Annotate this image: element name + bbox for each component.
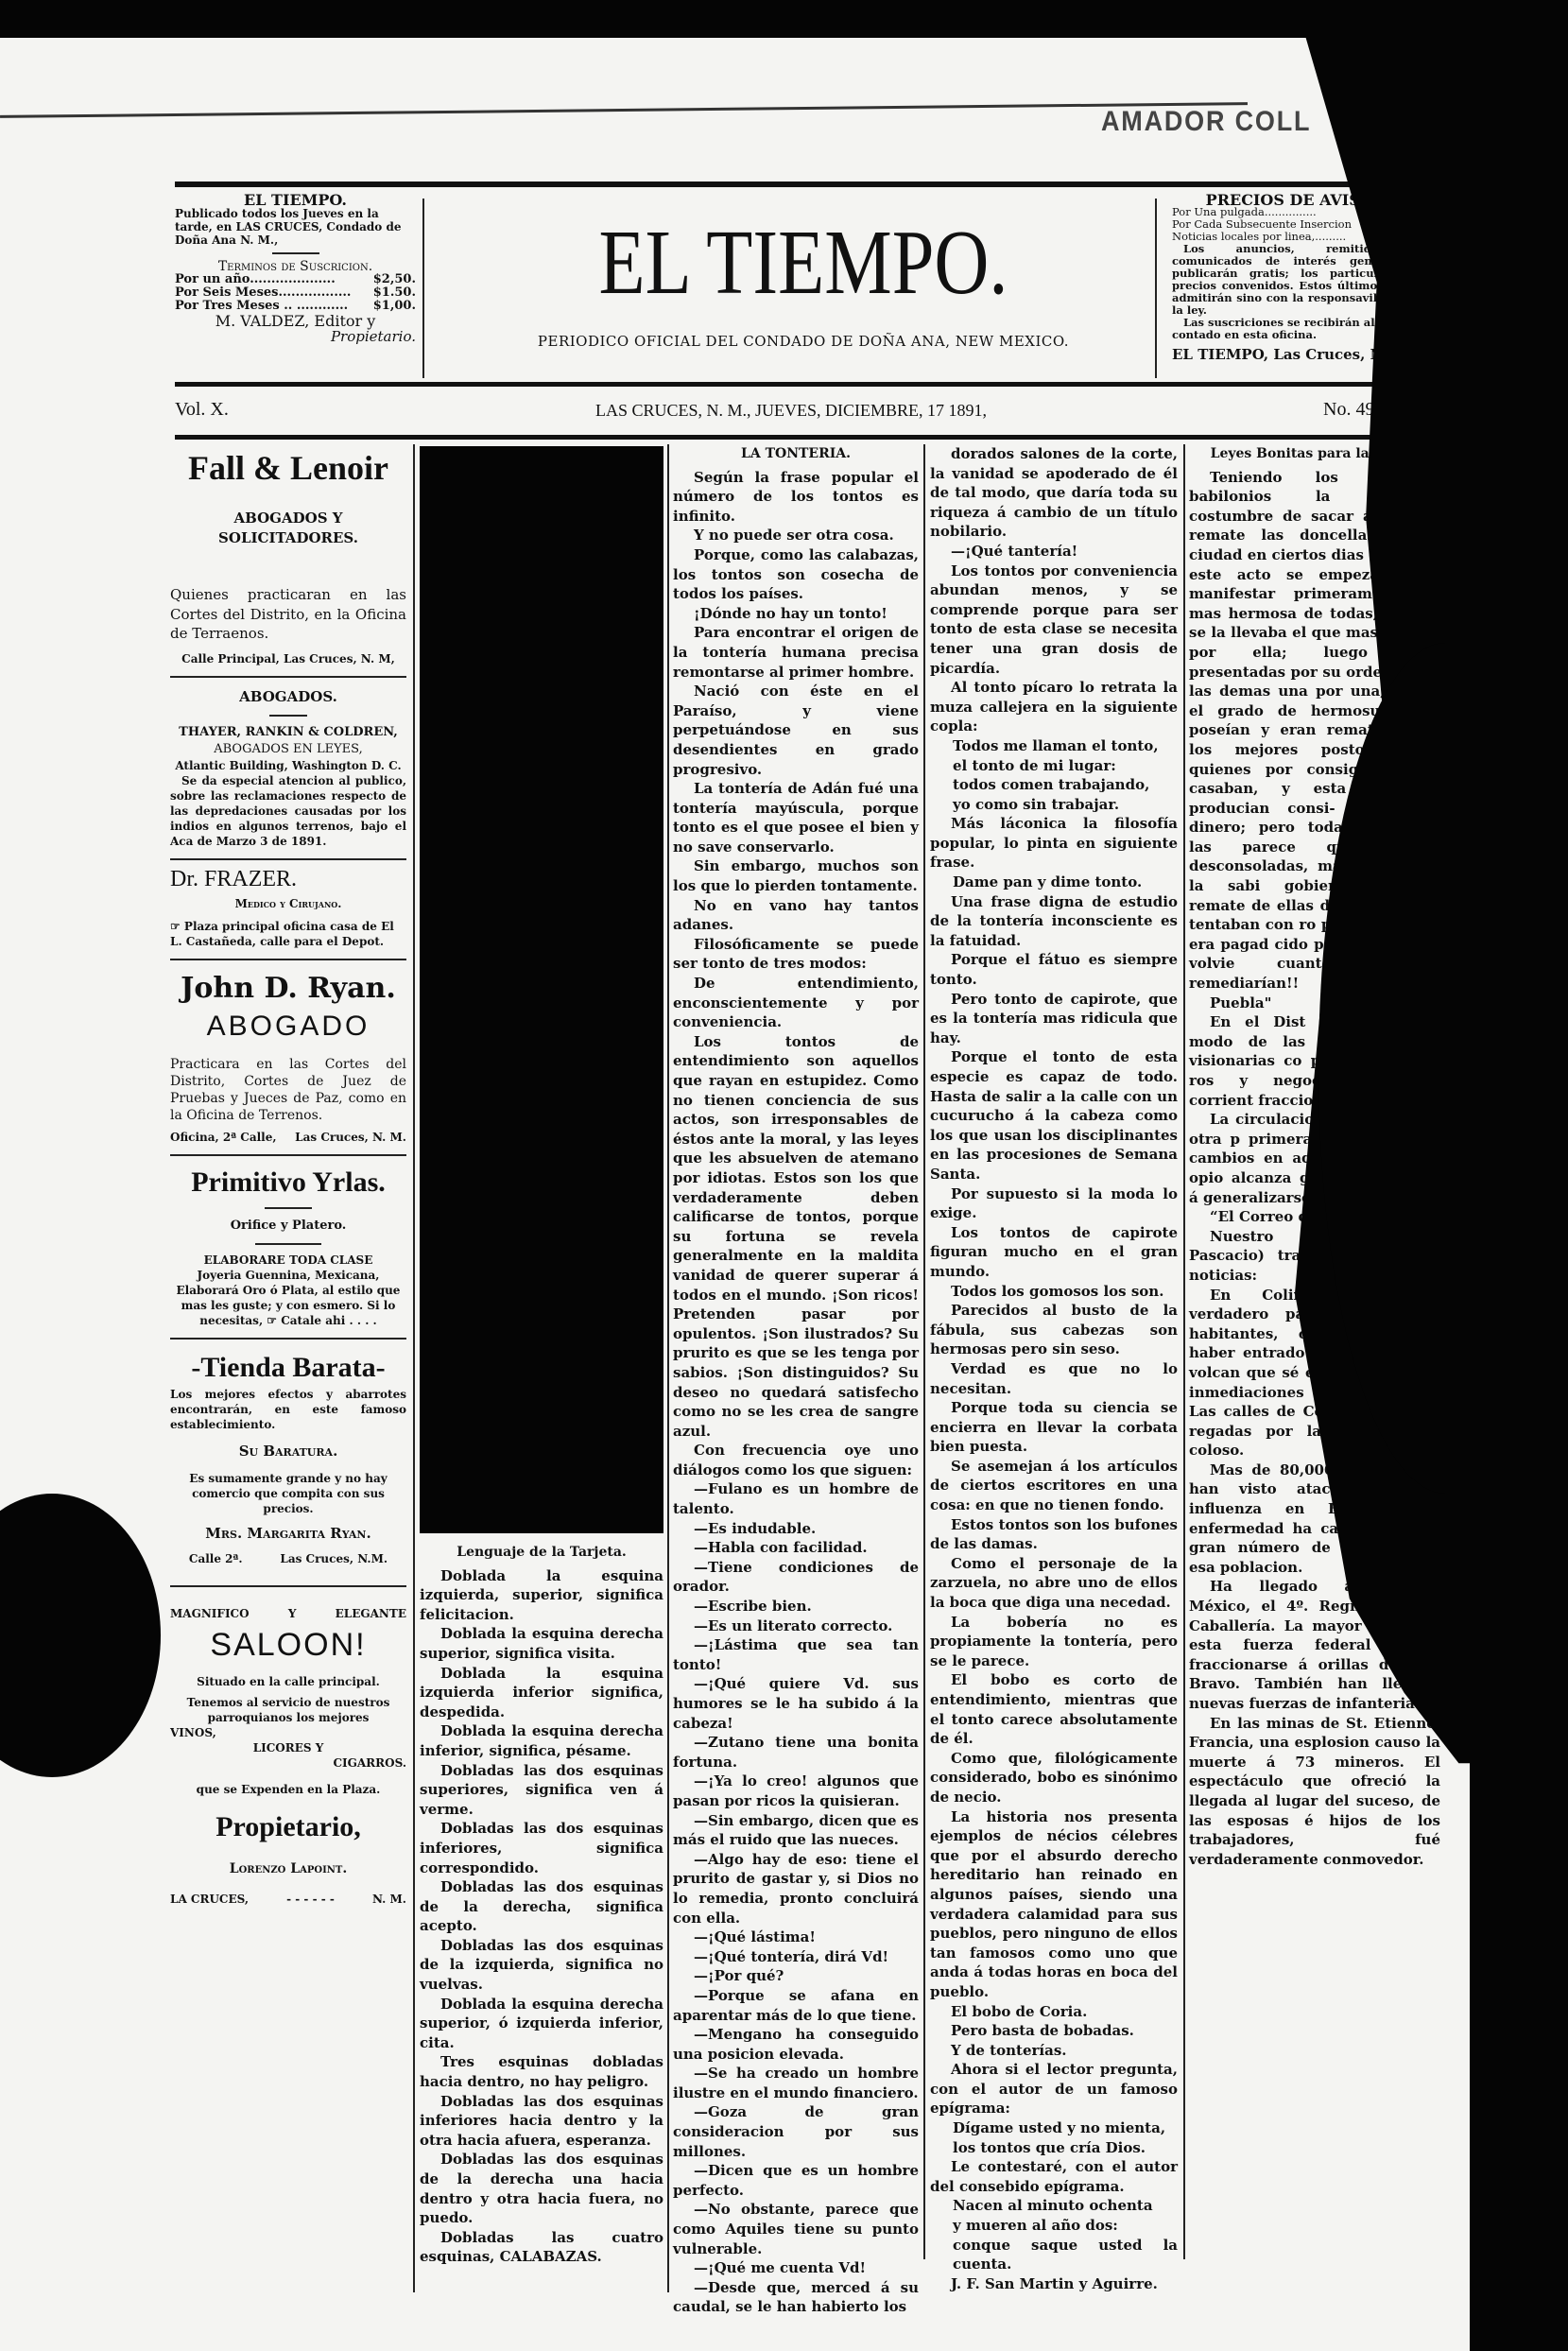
paragraph: Pero tonto de capirote, que es la tonter… <box>930 990 1178 1048</box>
paragraph: todos comen trabajando, <box>930 775 1178 795</box>
paragraph: Dobladas las cuatro esquinas, CALABAZAS. <box>420 2228 663 2267</box>
ad-tienda-text2: Es sumamente grande y no hay comercio qu… <box>170 1471 406 1516</box>
paragraph: Sin embargo, muchos son los que lo pierd… <box>673 856 919 895</box>
editor-role: Propietario. <box>175 330 416 343</box>
paragraph: Porque el fátuo es siempre tonto. <box>930 950 1178 989</box>
ad-frazer-name: Dr. FRAZER. <box>170 870 406 890</box>
paragraph: los tontos que cría Dios. <box>930 2138 1178 2158</box>
paragraph: —Algo hay de eso: tiene el prurito de ga… <box>673 1850 919 1927</box>
paragraph: Dobladas las dos esquinas de la derecha,… <box>420 1877 663 1936</box>
paragraph: Le contestaré, con el autor del consebid… <box>930 2157 1178 2196</box>
paragraph: —Es indudable. <box>673 1519 919 1539</box>
paragraph: —Tiene condiciones de orador. <box>673 1558 919 1597</box>
paragraph: Dobladas las dos esquinas inferiores, si… <box>420 1819 663 1877</box>
ad-thayer-address: Atlantic Building, Washington D. C. <box>170 758 406 773</box>
paragraph: —¡Qué lástima! <box>673 1927 919 1947</box>
paragraph: yo como sin trabajar. <box>930 795 1178 815</box>
ad-tienda-sub: Su Baratura. <box>170 1442 406 1461</box>
ad-yrlas-name: Primitivo Yrlas. <box>170 1166 406 1200</box>
masthead-bottom-rule <box>175 382 1413 387</box>
ad-saloon-owner-label: Propietario, <box>170 1808 406 1846</box>
column-divider <box>413 444 415 2292</box>
rate-row: Por Seis Meses.................$1.50. <box>175 286 416 300</box>
paragraph: Doblada la esquina derecha superior, ó i… <box>420 1995 663 2053</box>
paragraph: Doblada la esquina izquierda, superior, … <box>420 1566 663 1625</box>
ad-tienda-name: -Tienda Barata- <box>170 1349 406 1387</box>
paragraph: —¡Qué quiere Vd. sus humores se le ha su… <box>673 1674 919 1733</box>
paragraph: Por supuesto si la moda lo exige. <box>930 1184 1178 1223</box>
paragraph: Dígame usted y no mienta, <box>930 2118 1178 2138</box>
issue-number: No. 49 <box>1323 399 1374 421</box>
rate-row: Por un año....................$2,50. <box>175 273 416 286</box>
subscription-box: EL TIEMPO. Publicado todos los Jueves en… <box>175 194 416 343</box>
paragraph: La historia nos presenta ejemplos de néc… <box>930 1807 1178 2002</box>
article-tonteria-col1: LA TONTERIA. Según la frase popular el n… <box>673 444 919 2317</box>
paragraph: —Se ha creado un hombre ilustre en el mu… <box>673 2064 919 2102</box>
ad-saloon-owner: Lorenzo Lapoint. <box>170 1859 406 1879</box>
subscription-box-heading: EL TIEMPO. <box>175 194 416 207</box>
ad-fall-lenoir-address: Calle Principal, Las Cruces, N. M, <box>170 651 406 666</box>
paragraph: Ahora si el lector pregunta, con el auto… <box>930 2060 1178 2118</box>
paragraph: —Zutano tiene una bonita fortuna. <box>673 1733 919 1772</box>
paragraph: El bobo de Coria. <box>930 2002 1178 2022</box>
paragraph: Verdad es que no lo necesitan. <box>930 1359 1178 1398</box>
ad-frazer-role: Medico y Cirujano. <box>170 896 406 911</box>
paragraph: —No obstante, parece que como Aquiles ti… <box>673 2200 919 2258</box>
paragraph: J. F. San Martin y Aguirre. <box>930 2274 1178 2294</box>
paragraph: Doblada la esquina derecha inferior, sig… <box>420 1721 663 1760</box>
paragraph: Como que, filológicamente considerado, b… <box>930 1749 1178 1807</box>
paragraph: dorados salones de la corte, la vanidad … <box>930 444 1178 542</box>
paragraph: No en vano hay tantos adanes. <box>673 896 919 935</box>
paragraph: Una frase digna de estudio de la tonterí… <box>930 892 1178 951</box>
paragraph: —Sin embargo, dicen que es más el ruido … <box>673 1811 919 1850</box>
ad-saloon-text2: que se Expenden en la Plaza. <box>170 1782 406 1797</box>
paragraph: Se asemejan á los artículos de ciertos e… <box>930 1457 1178 1515</box>
paragraph: Al tonto pícaro lo retrata la muza calle… <box>930 678 1178 736</box>
ad-thayer-heading: ABOGADOS. <box>170 687 406 707</box>
volume-number: Vol. X. <box>175 399 229 421</box>
paragraph: —Es un literato correcto. <box>673 1616 919 1636</box>
paragraph: Filosóficamente se puede ser tonto de tr… <box>673 935 919 974</box>
dateline: LAS CRUCES, N. M., JUEVES, DICIEMBRE, 17… <box>595 401 987 421</box>
paragraph: La tontería de Adán fué una tontería may… <box>673 779 919 856</box>
paragraph: Dobladas las dos esquinas de la izquierd… <box>420 1936 663 1995</box>
ad-yrlas-line1: ELABORARE TODA CLASE <box>170 1253 406 1268</box>
ad-yrlas-role: Orifice y Platero. <box>170 1217 406 1236</box>
paragraph: y mueren al año dos: <box>930 2216 1178 2236</box>
ad-tienda-text: Los mejores efectos y abarrotes encontra… <box>170 1387 406 1432</box>
paragraph: —Habla con facilidad. <box>673 1538 919 1558</box>
paragraph: —Mengano ha conseguido una posicion elev… <box>673 2025 919 2064</box>
masthead-divider-right <box>1155 199 1157 378</box>
ad-ryan-role: ABOGADO <box>170 1017 406 1037</box>
newspaper-subtitle: PERIODICO OFICIAL DEL CONDADO DE DOÑA AN… <box>416 333 1191 350</box>
paragraph: —Goza de gran consideracion por sus mill… <box>673 2102 919 2161</box>
paragraph: ¡Dónde no hay un tonto! <box>673 604 919 624</box>
subscription-terms-heading: Terminos de Suscricion. <box>175 260 416 273</box>
ad-fall-lenoir-role: ABOGADOS Y SOLICITADORES. <box>189 509 388 547</box>
paragraph: Dobladas las dos esquinas superiores, si… <box>420 1761 663 1820</box>
page-edge-top <box>0 0 1568 38</box>
paragraph: —¡Por qué? <box>673 1966 919 1986</box>
paragraph: Dobladas las dos esquinas de la derecha … <box>420 2150 663 2227</box>
paragraph: —Fulano es un hombre de talento. <box>673 1479 919 1518</box>
paragraph: Nacen al minuto ochenta <box>930 2196 1178 2216</box>
paragraph: el tonto de mi lugar: <box>930 756 1178 776</box>
ad-tienda-owner: Mrs. Margarita Ryan. <box>170 1524 406 1544</box>
paragraph: Con frecuencia oye uno diálogos como los… <box>673 1441 919 1479</box>
paragraph: Parecidos al busto de la fábula, sus cab… <box>930 1301 1178 1359</box>
page-damage-hole <box>1318 643 1568 1494</box>
dateline-rule <box>175 435 1432 440</box>
ad-thayer-role: ABOGADOS EN LEYES, <box>170 741 406 758</box>
ad-saloon-located: Situado en la calle principal. <box>170 1674 406 1689</box>
ad-fall-lenoir-name: Fall & Lenoir <box>170 446 406 490</box>
ad-saloon-top: MAGNIFICOYELEGANTE <box>170 1606 406 1621</box>
paragraph: Doblada la esquina derecha superior, sig… <box>420 1624 663 1663</box>
article-lenguaje-tarjeta: Lenguaje de la Tarjeta. Doblada la esqui… <box>420 1543 663 2267</box>
ad-thayer-text: Se da especial atencion al publico, sobr… <box>170 773 406 849</box>
paragraph: Porque el tonto de esta especie es capaz… <box>930 1047 1178 1184</box>
archive-stamp: AMADOR COLL <box>1101 106 1311 138</box>
paragraph: —Desde que, merced á su caudal, se le ha… <box>673 2278 919 2317</box>
article-heading: LA TONTERIA. <box>673 444 919 464</box>
column-divider <box>1183 444 1185 2259</box>
paragraph: —Escribe bien. <box>673 1597 919 1616</box>
paragraph: Dame pan y dime tonto. <box>930 873 1178 892</box>
article-heading: Lenguaje de la Tarjeta. <box>420 1543 663 1563</box>
masthead-divider-left <box>422 199 424 378</box>
newspaper-title: EL TIEMPO. <box>486 216 1121 310</box>
paragraph: Porque, como las calabazas, los tontos s… <box>673 545 919 604</box>
paragraph: Y de tonterías. <box>930 2041 1178 2061</box>
paragraph: Los tontos de capirote figuran mucho en … <box>930 1223 1178 1282</box>
paragraph: —¡Qué tontería, dirá Vd! <box>673 1947 919 1967</box>
paragraph: Todos me llaman el tonto, <box>930 736 1178 756</box>
paragraph: Todos los gomosos los son. <box>930 1282 1178 1302</box>
paragraph: Porque toda su ciencia se encierra en ll… <box>930 1398 1178 1457</box>
paragraph: En las minas de St. Etienne, Francia, un… <box>1189 1714 1440 1870</box>
paragraph: Pero basta de bobadas. <box>930 2021 1178 2041</box>
paragraph: Los tontos por conveniencia abundan meno… <box>930 562 1178 679</box>
article-tonteria-col2: dorados salones de la corte, la vanidad … <box>930 444 1178 2293</box>
paragraph: Más láconica la filosofía popular, lo pi… <box>930 814 1178 873</box>
ad-saloon-name: SALOON! <box>170 1621 406 1668</box>
paragraph: Para encontrar el origen de la tontería … <box>673 623 919 682</box>
ads-column: Fall & Lenoir ABOGADOS Y SOLICITADORES. … <box>170 446 406 1907</box>
ad-frazer-text: ☞ Plaza principal oficina casa de El L. … <box>170 919 406 949</box>
rate-row: Por Tres Meses .. ............$1,00. <box>175 300 416 313</box>
subscription-intro: Publicado todos los Jueves en la tarde, … <box>175 207 416 247</box>
column-divider <box>923 444 925 2259</box>
paragraph: conque saque usted la cuenta. <box>930 2236 1178 2274</box>
column-divider <box>667 444 669 2292</box>
paragraph: —¡Ya lo creo! algunos que pasan por rico… <box>673 1772 919 1810</box>
paragraph: Nació con éste en el Paraíso, y viene pe… <box>673 682 919 779</box>
paragraph: —Porque se afana en aparentar más de lo … <box>673 1986 919 2025</box>
paragraph: —¡Lástima que sea tan tonto! <box>673 1635 919 1674</box>
paragraph: —¡Qué me cuenta Vd! <box>673 2258 919 2278</box>
paragraph: Doblada la esquina izquierda inferior si… <box>420 1664 663 1722</box>
paragraph: El bobo es corto de entendimiento, mient… <box>930 1670 1178 1748</box>
paragraph: De entendimiento, enconscientemente y po… <box>673 974 919 1032</box>
redacted-block <box>420 446 663 1533</box>
paragraph: Los tontos de entendimiento son aquellos… <box>673 1032 919 1441</box>
ad-fall-lenoir-text: Quienes practicaran en las Cortes del Di… <box>170 585 406 644</box>
paragraph: Como el personaje de la zarzuela, no abr… <box>930 1554 1178 1613</box>
ad-yrlas-text: Joyeria Guennina, Mexicana, Elaborará Or… <box>170 1268 406 1328</box>
ad-thayer-firm: THAYER, RANKIN & COLDREN, <box>170 724 406 741</box>
ad-saloon-text: Tenemos al servicio de nuestros parroqui… <box>170 1695 406 1725</box>
masthead-top-rule <box>175 182 1413 187</box>
ad-ryan-text: Practicara en las Cortes del Distrito, C… <box>170 1056 406 1124</box>
paragraph: —Dicen que es un hombre perfecto. <box>673 2161 919 2200</box>
paragraph: —¡Qué tantería! <box>930 542 1178 562</box>
paragraph: Dobladas las dos esquinas inferiores hac… <box>420 2092 663 2151</box>
ad-ryan-name: John D. Ryan. <box>170 970 406 1008</box>
paragraph: Tres esquinas dobladas hacia dentro, no … <box>420 2052 663 2091</box>
paragraph: Según la frase popular el número de los … <box>673 468 919 527</box>
paragraph: La bobería no es propiamente la tontería… <box>930 1613 1178 1671</box>
paragraph: Estos tontos son los bufones de las dama… <box>930 1515 1178 1554</box>
paragraph: Y no puede ser otra cosa. <box>673 526 919 545</box>
